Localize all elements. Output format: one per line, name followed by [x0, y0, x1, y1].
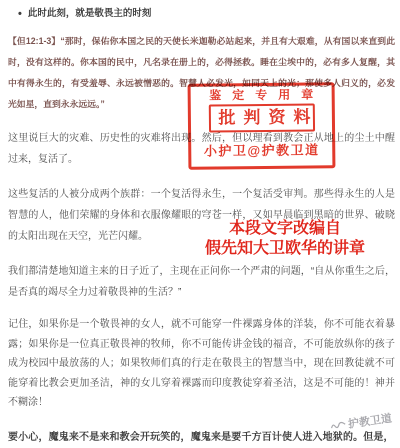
seal-stamp: 鉴定专用章 批判资料 小护卫@护教卫道 [188, 82, 336, 170]
stamp-main-label: 批判资料 [218, 107, 318, 127]
red-annotation-line2: 假先知大卫欧华的讲章 [175, 239, 395, 259]
section-heading: • 此时此刻，就是敬畏主的时刻 [18, 6, 395, 22]
stamp-bottom-label: 小护卫@护教卫道 [191, 142, 332, 158]
section-heading-text: 此时此刻，就是敬畏主的时刻 [28, 6, 152, 22]
red-annotation: 本段文字改编自 假先知大卫欧华的讲章 [175, 219, 395, 259]
bullet-icon: • [18, 6, 22, 22]
stamp-inner-box: 批判资料 [208, 103, 314, 132]
red-annotation-line1: 本段文字改编自 [175, 219, 395, 239]
commentary-paragraph-3: 我们都清楚地知道主来的日子近了，主现在正问你一个严肃的问题，“自从你重生之后，是… [8, 261, 395, 303]
article-page: • 此时此刻，就是敬畏主的时刻 【但12:1-3】“那时，保佑你本国之民的天使长… [0, 0, 400, 448]
watermark-logo-icon [330, 419, 347, 431]
stamp-top-label: 鉴定专用章 [191, 87, 332, 102]
commentary-paragraph-4: 记住，如果你是一个敬畏神的女人，就不可能穿一件裸露身体的洋装，你不可能衣着暴露；… [8, 315, 395, 413]
